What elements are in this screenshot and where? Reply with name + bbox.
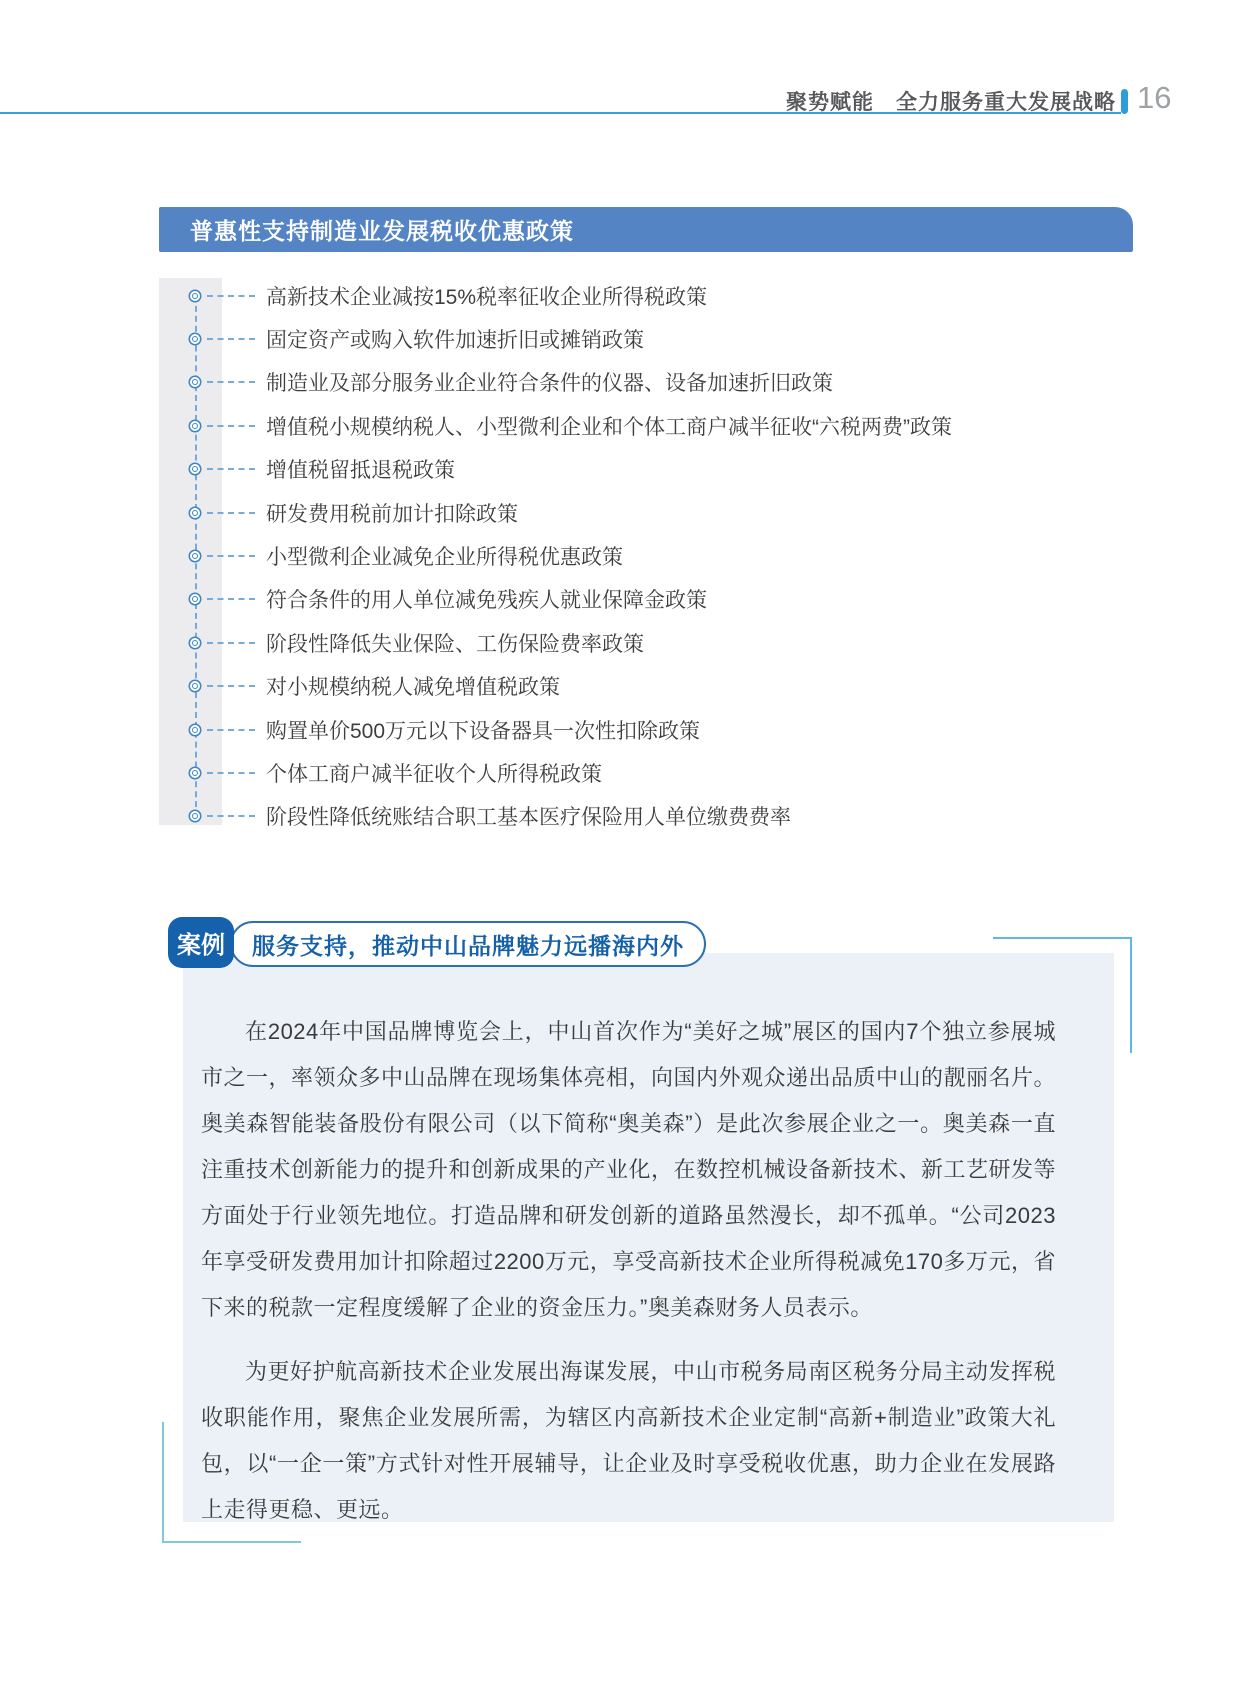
policy-item-label: 高新技术企业减按15%税率征收企业所得税政策 <box>266 281 707 311</box>
bullet-target-icon <box>192 379 198 385</box>
policy-list-item: 增值税留抵退税政策 <box>159 448 1109 491</box>
policy-item-label: 购置单价500万元以下设备器具一次性扣除政策 <box>266 715 700 745</box>
dashed-connector-line <box>207 729 255 731</box>
dashed-connector-line <box>207 685 255 687</box>
policy-list-item: 制造业及部分服务业企业符合条件的仪器、设备加速折旧政策 <box>159 361 1109 404</box>
policy-item-label: 个体工商户减半征收个人所得税政策 <box>266 758 602 788</box>
document-page: 聚势赋能 全力服务重大发展战略 16 普惠性支持制造业发展税收优惠政策 高新技术… <box>0 0 1241 1684</box>
policy-item-label: 阶段性降低统账结合职工基本医疗保险用人单位缴费费率 <box>266 801 791 831</box>
dashed-connector-line <box>207 338 255 340</box>
dashed-connector-line <box>207 295 255 297</box>
policy-list-item: 阶段性降低失业保险、工伤保险费率政策 <box>159 621 1109 664</box>
dashed-connector-line <box>207 512 255 514</box>
bullet-target-icon <box>192 293 198 299</box>
bottom-left-bracket-vertical <box>162 1422 164 1543</box>
bullet-target-icon <box>192 336 198 342</box>
top-right-bracket-horizontal <box>993 937 1132 939</box>
policy-item-label: 符合条件的用人单位减免残疾人就业保障金政策 <box>266 584 707 614</box>
policy-list: 高新技术企业减按15%税率征收企业所得税政策 固定资产或购入软件加速折旧或摊销政… <box>159 274 1109 838</box>
policy-list-item: 购置单价500万元以下设备器具一次性扣除政策 <box>159 708 1109 751</box>
bullet-target-icon <box>192 466 198 472</box>
dashed-connector-line <box>207 815 255 817</box>
dashed-connector-line <box>207 555 255 557</box>
policy-list-item: 符合条件的用人单位减免残疾人就业保障金政策 <box>159 578 1109 621</box>
policy-item-label: 固定资产或购入软件加速折旧或摊销政策 <box>266 324 644 354</box>
bullet-target-icon <box>192 640 198 646</box>
header-divider-bar <box>1121 89 1128 114</box>
policy-item-label: 研发费用税前加计扣除政策 <box>266 498 518 528</box>
policy-list-item: 阶段性降低统账结合职工基本医疗保险用人单位缴费费率 <box>159 795 1109 838</box>
case-badge: 案例 <box>168 917 234 968</box>
bullet-target-icon <box>192 813 198 819</box>
policy-item-label: 增值税小规模纳税人、小型微利企业和个体工商户减半征收“六税两费”政策 <box>266 411 952 441</box>
case-title-pill: 服务支持，推动中山品牌魅力远播海内外 <box>230 921 706 967</box>
case-paragraph: 为更好护航高新技术企业发展出海谋发展，中山市税务局南区税务分局主动发挥税收职能作… <box>201 1349 1056 1522</box>
dashed-connector-line <box>207 598 255 600</box>
policy-list-item: 个体工商户减半征收个人所得税政策 <box>159 751 1109 794</box>
policy-list-item: 高新技术企业减按15%税率征收企业所得税政策 <box>159 274 1109 317</box>
bullet-target-icon <box>192 553 198 559</box>
policy-list-item: 固定资产或购入软件加速折旧或摊销政策 <box>159 317 1109 360</box>
page-number: 16 <box>1137 80 1171 116</box>
dashed-connector-line <box>207 468 255 470</box>
bullet-target-icon <box>192 510 198 516</box>
dashed-connector-line <box>207 381 255 383</box>
policy-item-label: 制造业及部分服务业企业符合条件的仪器、设备加速折旧政策 <box>266 367 833 397</box>
case-content-box: 在2024年中国品牌博览会上，中山首次作为“美好之城”展区的国内7个独立参展城市… <box>183 953 1114 1522</box>
dashed-connector-line <box>207 642 255 644</box>
case-paragraph: 在2024年中国品牌博览会上，中山首次作为“美好之城”展区的国内7个独立参展城市… <box>201 1009 1056 1331</box>
bottom-left-bracket-horizontal <box>162 1541 301 1543</box>
bullet-target-icon <box>192 683 198 689</box>
policy-list-item: 小型微利企业减免企业所得税优惠政策 <box>159 534 1109 577</box>
dashed-connector-line <box>207 772 255 774</box>
policy-list-item: 对小规模纳税人减免增值税政策 <box>159 665 1109 708</box>
bullet-target-icon <box>192 770 198 776</box>
policy-section-banner: 普惠性支持制造业发展税收优惠政策 <box>159 207 1133 252</box>
case-title: 服务支持，推动中山品牌魅力远播海内外 <box>252 928 684 961</box>
policy-item-label: 增值税留抵退税政策 <box>266 454 455 484</box>
policy-list-item: 研发费用税前加计扣除政策 <box>159 491 1109 534</box>
policy-item-label: 小型微利企业减免企业所得税优惠政策 <box>266 541 623 571</box>
policy-item-label: 阶段性降低失业保险、工伤保险费率政策 <box>266 628 644 658</box>
bullet-target-icon <box>192 596 198 602</box>
policy-item-label: 对小规模纳税人减免增值税政策 <box>266 671 560 701</box>
header-title: 聚势赋能 全力服务重大发展战略 <box>786 86 1116 116</box>
bullet-target-icon <box>192 727 198 733</box>
bullet-target-icon <box>192 423 198 429</box>
top-right-bracket-vertical <box>1130 937 1132 1053</box>
dashed-connector-line <box>207 425 255 427</box>
policy-section-title: 普惠性支持制造业发展税收优惠政策 <box>190 213 574 246</box>
policy-list-item: 增值税小规模纳税人、小型微利企业和个体工商户减半征收“六税两费”政策 <box>159 404 1109 447</box>
